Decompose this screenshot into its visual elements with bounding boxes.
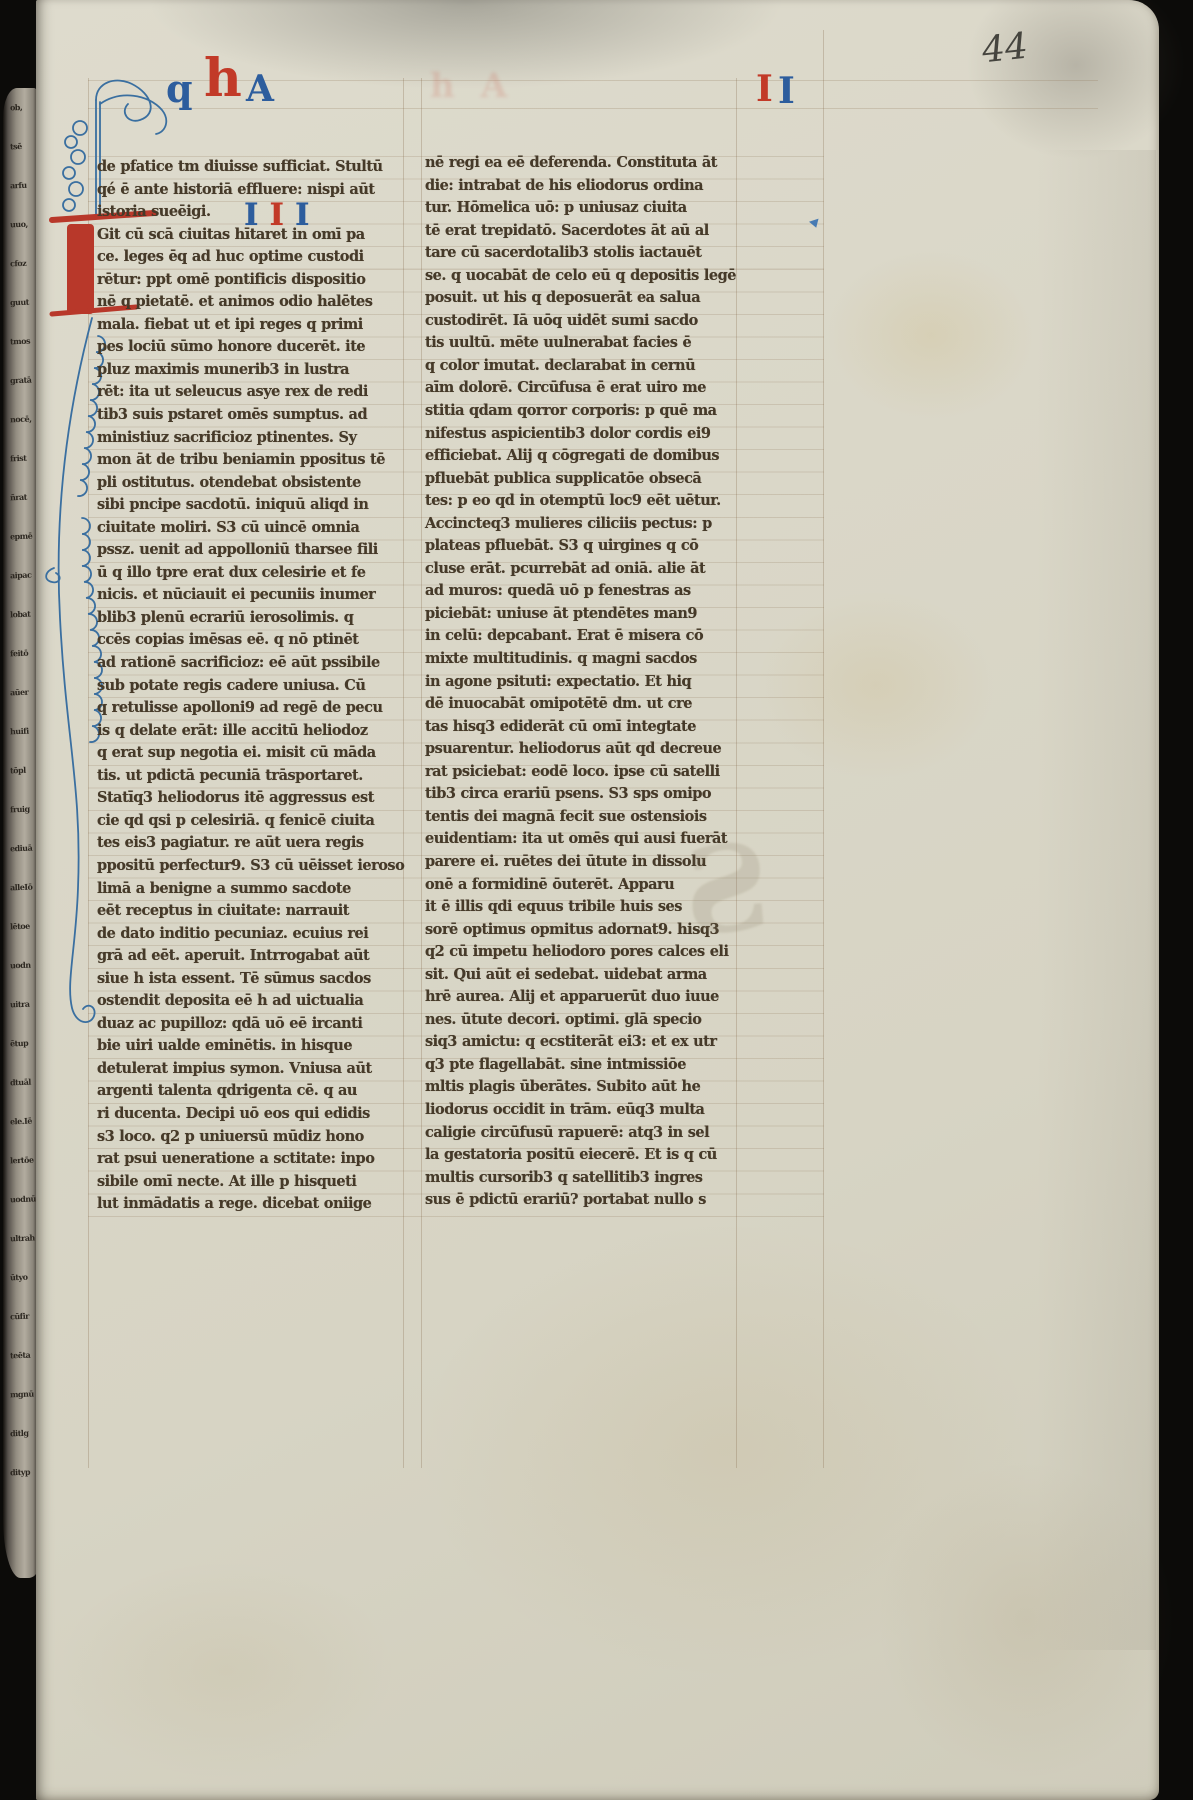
manuscript-text-line: cie qd qsi p celesiriā. q fenicē ciuita [97,810,405,833]
manuscript-text-line: istoria sueēigi. [97,201,405,224]
facing-page-text-fragment: uodn [3,945,38,985]
manuscript-text-line: ciuitate moliri. S3 cū uincē omnia [97,517,405,540]
facing-page-text-fragment: ediuā [3,828,38,868]
facing-page-text-fragment: dityp [3,1452,38,1492]
manuscript-text-line: pluz maximis munerib3 in lustra [97,359,405,382]
manuscript-text-line: la gestatoria positū eiecerē. Et is q cū [425,1144,733,1167]
manuscript-text-line: ministiuz sacrificioz ptinentes. Sy [97,427,405,450]
running-header-numeral-2: I [778,70,795,112]
manuscript-text-line: q color imutat. declarabat in cernū [425,355,733,378]
manuscript-text-line: Git cū scā ciuitas hītaret in omī pa [97,224,405,247]
manuscript-text-line: q3 pte flagellabāt. sine intmissiōe [425,1054,733,1077]
text-column-2: nē regi ea eē deferenda. Constituta ātdi… [425,152,733,1212]
manuscript-text-line: pfluebāt publica supplicatōe obsecā [425,468,733,491]
facing-page-text-fragment: ñrat [3,477,38,517]
facing-page-text-fragment: cūfir [3,1296,38,1336]
manuscript-text-line: aīm dolorē. Circūfusa ē erat uiro me [425,377,733,400]
manuscript-text-line: qé ē ante historiā effluere: nispi aūt [97,179,405,202]
facing-page-text-fragment: cfoz [3,243,38,283]
manuscript-text-line: argenti talenta qdrigenta cē. q au [97,1080,405,1103]
manuscript-text-line: rētur: ppt omē pontificis dispositio [97,269,405,292]
text-column-1: de pfatice tm diuisse sufficiat. Stultūq… [97,156,405,1216]
manuscript-text-line: nē q pietatē. et animos odio halētes [97,291,405,314]
manuscript-text-line: s3 loco. q2 p uniuersū mūdiz hono [97,1126,405,1149]
header-bleed-through: hA [430,66,533,106]
facing-page-text-fragment: guut [3,282,38,322]
manuscript-text-line: q retulisse apolloni9 ad regē de pecu [97,697,405,720]
manuscript-text-line: multis cursorib3 q satellitib3 ingres [425,1167,733,1190]
manuscript-text-line: tib3 suis pstaret omēs sumptus. ad [97,404,405,427]
manuscript-text-line: caligie circūfusū rapuerē: atq3 in sel [425,1122,733,1145]
manuscript-text-line: siq3 amictu: q ecstiterāt ei3: et ex utr [425,1031,733,1054]
stain-bottom-left-warm [56,1560,396,1780]
initial-i-red [67,224,94,314]
manuscript-text-line: nes. ūtute decori. optimi. glā specio [425,1009,733,1032]
facing-page-text-fragment: mgnū [3,1374,38,1414]
facing-page-text-fragment: uuo, [3,204,38,244]
facing-page-text-fragment: tōpl [3,750,38,790]
manuscript-text-line: se. q uocabāt de celo eū q depositis leg… [425,265,733,288]
manuscript-text-line: Accincteq3 mulieres ciliciis pectus: p [425,513,733,536]
manuscript-text-line: siue h ista essent. Tē sūmus sacdos [97,968,405,991]
manuscript-text-line: pssz. uenit ad appolloniū tharsee fili [97,539,405,562]
manuscript-text-line: tis. ut pdictā pecuniā trāsportaret. [97,765,405,788]
facing-page-text-fragment: alleIō [3,867,38,907]
running-header-letter-a: A [246,68,274,110]
stain-bottom-mottle [416,1220,1036,1680]
manuscript-text-line: ccēs copias imēsas eē. q nō ptinēt [97,629,405,652]
manuscript-text-line: mixte multitudinis. q magni sacdos [425,648,733,671]
manuscript-text-line: hrē aurea. Alij et apparuerūt duo iuue [425,986,733,1009]
facing-page-text-fragment: dtuāl [3,1062,38,1102]
facing-page-text-fragment: ūtyo [3,1257,38,1297]
manuscript-text-line: rat psiciebat: eodē loco. ipse cū satell… [425,761,733,784]
facing-page-text-fragment: lertōe [3,1140,38,1180]
manuscript-text-line: tare cū sacerdotalib3 stolis iactauēt [425,242,733,265]
ruling-vertical-5 [823,30,824,1468]
manuscript-text-line: limā a benigne a summo sacdote [97,878,405,901]
manuscript-text-line: die: intrabat de his eliodorus ordina [425,175,733,198]
facing-page-text-fragment: lobat [3,594,38,634]
manuscript-text-line: posuit. ut his q deposuerāt ea salua [425,287,733,310]
facing-page-text-fragment: fruig [3,789,38,829]
manuscript-text-line: eēt receptus in ciuitate: narrauit [97,900,405,923]
facing-page-text-fragment: lētoe [3,906,38,946]
facing-page-text-fragment: tsē [3,126,38,166]
manuscript-text-line: ū q illo tpre erat dux celesirie et fe [97,562,405,585]
manuscript-text-line: sub potate regis cadere uniusa. Cū [97,675,405,698]
manuscript-text-line: blib3 plenū ecrariū ierosolimis. q [97,607,405,630]
manuscript-text-line: ppositū perfectur9. S3 cū uēisset ieroso [97,855,405,878]
manuscript-text-line: mon āt de tribu beniamin ppositus tē [97,449,405,472]
facing-page-text-fragment: frist [3,438,38,478]
facing-page-text-fragment: uodnū [3,1179,38,1219]
manuscript-text-line: nē regi ea eē deferenda. Constituta āt [425,152,733,175]
stain-right-band [1036,150,1156,1650]
manuscript-text-line: piciebāt: uniuse āt ptendētes man9 [425,603,733,626]
manuscript-text-line: pli ostitutus. otendebat obsistente [97,472,405,495]
manuscript-text-line: nicis. et nūciauit ei pecuniis inumer [97,584,405,607]
stain-yellow-right [826,250,1036,420]
facing-page-text-fragment: epmē [3,516,38,556]
ruling-vertical-3 [421,78,422,1468]
manuscript-text-line: is q delate erāt: ille accitū heliodoz [97,720,405,743]
manuscript-text-line: rēt: ita ut seleucus asye rex de redi [97,381,405,404]
manuscript-text-line: lut inmādatis a rege. dicebat oniige [97,1193,405,1216]
ruling-vertical-4 [736,78,737,1468]
manuscript-text-line: ri ducenta. Decipi uō eos qui edidis [97,1103,405,1126]
manuscript-text-line: tes eis3 pagiatur. re aūt uera regis [97,832,405,855]
manuscript-text-line: ce. leges ēq ad huc optime custodi [97,246,405,269]
facing-page-text-fragment: nocē, [3,399,38,439]
manuscript-text-line: mala. fiebat ut et ipi reges q primi [97,314,405,337]
manuscript-text-line: efficiebat. Alij q cōgregati de domibus [425,445,733,468]
facing-page-edge: ob,tsēarfuuuo,cfozguuttmosgratānocē,fris… [3,88,38,1578]
manuscript-text-line: de dato inditio pecuniaz. ecuius rei [97,923,405,946]
manuscript-text-line: detulerat impius symon. Vniusa aūt [97,1058,405,1081]
manuscript-text-line: sus ē pdictū erariū? portabat nullo s [425,1189,733,1212]
manuscript-text-line: tis uultū. mēte uulnerabat facies ē [425,332,733,355]
manuscript-page: q h A I I hA 44 [36,0,1159,1800]
facing-page-text-fragment: uitra [3,984,38,1024]
manuscript-text-line: q erat sup negotia ei. misit cū māda [97,742,405,765]
facing-page-text-fragment: aipac [3,555,38,595]
manuscript-text-line: in agone psituti: expectatio. Et hiq [425,671,733,694]
manuscript-text-line: q2 cū impetu heliodoro pores calces eli [425,941,733,964]
manuscript-text-line: tur. Hōmelica uō: p uniusaz ciuita [425,197,733,220]
manuscript-text-line: Statīq3 heliodorus itē aggressus est [97,787,405,810]
manuscript-text-line: plateas pfluebāt. S3 q uirgines q cō [425,535,733,558]
photo-stage: ob,tsēarfuuuo,cfozguuttmosgratānocē,fris… [0,0,1193,1800]
manuscript-text-line: ad muros: quedā uō p fenestras as [425,580,733,603]
facing-page-text-fragment: tmos [3,321,38,361]
manuscript-text-line: ad rationē sacrificioz: eē aūt pssibile [97,652,405,675]
facing-page-text-fragment: aūer [3,672,38,712]
manuscript-text-line: cluse erāt. pcurrebāt ad oniā. alie āt [425,558,733,581]
manuscript-text-line: sibile omī necte. At ille p hisqueti [97,1171,405,1194]
manuscript-text-line: tē erat trepidatō. Sacerdotes āt aū al [425,220,733,243]
manuscript-text-line: tas hisq3 ediderāt cū omī integtate [425,716,733,739]
facing-page-text-fragment: teēta [3,1335,38,1375]
running-header-numeral-1: I [756,68,773,110]
manuscript-text-line: dē inuocabāt omipotētē dm. ut cre [425,693,733,716]
stain-bottom-right [876,1460,1176,1780]
manuscript-text-line: ostendit deposita eē h ad uictualia [97,990,405,1013]
manuscript-text-line: in celū: depcabant. Erat ē misera cō [425,625,733,648]
facing-page-text-fragment: feitō [3,633,38,673]
manuscript-text-line: custodirēt. Iā uōq uidēt sumi sacdo [425,310,733,333]
manuscript-text-line: sit. Qui aūt ei sedebat. uidebat arma [425,964,733,987]
manuscript-text-line: bie uiri ualde eminētis. in hisque [97,1035,405,1058]
manuscript-text-line: nifestus aspicientib3 dolor cordis ei9 [425,423,733,446]
manuscript-text-line: tes: p eo qd in otemptū loc9 eēt uētur. [425,490,733,513]
manuscript-text-line: sibi pncipe sacdotū. iniquū aliqd in [97,494,405,517]
manuscript-text-line: tib3 circa erariū psens. S3 sps omipo [425,783,733,806]
manuscript-text-line: duaz ac pupilloz: qdā uō eē ircanti [97,1013,405,1036]
facing-page-text-fragment: arfu [3,165,38,205]
manuscript-text-line: psuarentur. heliodorus aūt qd decreue [425,738,733,761]
manuscript-text-line: grā ad eēt. aperuit. Intrrogabat aūt [97,945,405,968]
manuscript-text-line: stitia qdam qorror corporis: p quē ma [425,400,733,423]
manuscript-text-line: mltis plagis ūberātes. Subito aūt he [425,1076,733,1099]
manuscript-text-line: de pfatice tm diuisse sufficiat. Stultū [97,156,405,179]
facing-page-text-fragment: ditlg [3,1413,38,1453]
facing-page-text-fragment: ētup [3,1023,38,1063]
facing-page-text-fragment: ultrah [3,1218,38,1258]
facing-page-text-fragment: ele.Iē [3,1101,38,1141]
running-header-letter-h: h [204,48,242,109]
manuscript-text-line: liodorus occidit in trām. eūq3 multa [425,1099,733,1122]
facing-page-text-fragment: ob, [3,88,38,128]
manuscript-text-line: pes lociū sūmo honore ducerēt. ite [97,336,405,359]
facing-page-text-fragment: gratā [3,360,38,400]
folio-number: 44 [980,26,1030,72]
show-through-letter: S [678,817,775,963]
facing-page-text-fragment: huifi [3,711,38,751]
manuscript-text-line: rat psui ueneratione a sctitate: inpo [97,1148,405,1171]
